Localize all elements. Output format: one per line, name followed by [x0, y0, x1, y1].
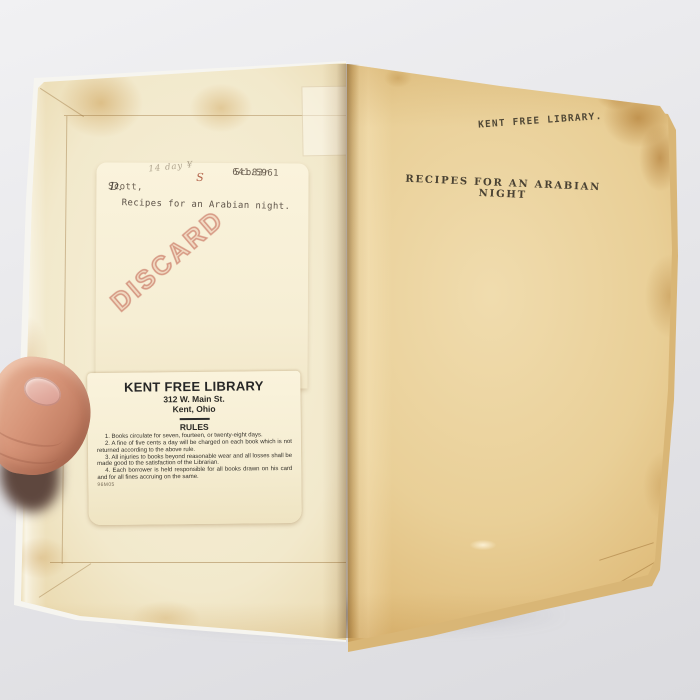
- glue-patch: [301, 86, 348, 157]
- half-title: RECIPES FOR AN ARABIAN NIGHT: [388, 173, 619, 205]
- cover-fold-line-vertical: [62, 116, 68, 564]
- library-pocket: KENT FREE LIBRARY 312 W. Main St. Kent, …: [87, 371, 302, 525]
- call-number-line1: 641.5961: [232, 168, 279, 180]
- rule-item: 4. Each borrower is held responsible for…: [97, 466, 292, 481]
- cover-fold-line-bottom: [50, 562, 346, 563]
- author-line: Scott,D.: [108, 182, 120, 195]
- rules-divider: [179, 418, 209, 420]
- catalog-card: 14 day ¥ 641.5961Sco83r S Scott,D. Recip…: [95, 162, 308, 388]
- cover-fold-corner-bottom: [39, 563, 92, 598]
- rules-heading: RULES: [97, 421, 292, 433]
- author-handwritten: D.: [110, 180, 122, 193]
- rule-item: 2. A fine of five cents a day will be ch…: [97, 439, 292, 454]
- rule-item: 3. All injuries to books beyond reasonab…: [97, 453, 292, 468]
- dog-ear-crease: [599, 542, 654, 561]
- thumb-nail: [20, 372, 65, 410]
- pocket-print-code: 96M05: [97, 480, 292, 488]
- pocket-address-city: Kent, Ohio: [97, 403, 292, 415]
- library-stamp: KENT FREE LIBRARY.: [478, 108, 638, 130]
- call-number: 641.5961Sco83r: [232, 168, 269, 180]
- rules-list: 1. Books circulate for seven, fourteen, …: [97, 432, 292, 481]
- right-page: KENT FREE LIBRARY. RECIPES FOR AN ARABIA…: [338, 56, 678, 652]
- cover-fold-corner-top: [40, 88, 84, 117]
- book-photo: 14 day ¥ 641.5961Sco83r S Scott,D. Recip…: [0, 0, 700, 700]
- catalog-card-text: 14 day ¥ 641.5961Sco83r S Scott,D. Recip…: [93, 161, 310, 391]
- pocket-library-name: KENT FREE LIBRARY: [96, 379, 291, 395]
